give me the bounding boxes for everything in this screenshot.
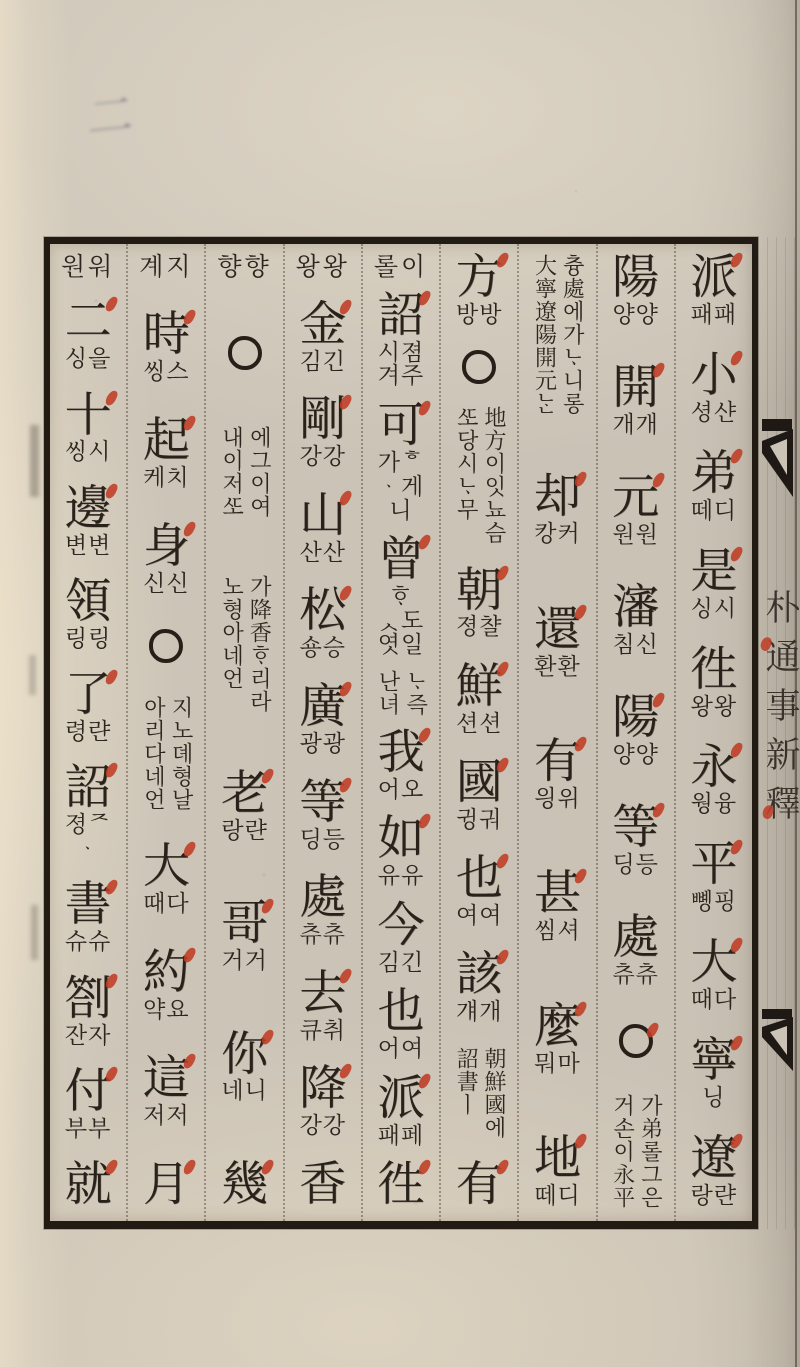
red-tone-mark [645, 1021, 660, 1039]
hangul-pair: 계지 [139, 254, 193, 279]
circle-separator [149, 629, 183, 663]
hangul-gloss: 변변 [65, 535, 112, 559]
hangul-gloss: 걔개 [456, 1001, 503, 1025]
hanja-item: 陽양양 [612, 254, 659, 328]
hangul-gloss-row: 산산 [299, 542, 346, 566]
hanja-item: 也여여 [456, 855, 503, 929]
hangul-gloss: 강강 [299, 446, 346, 470]
hangul-gloss-row: 캉커 [534, 523, 581, 547]
hanja-item: 松숑승 [299, 587, 346, 661]
hanja-char: 邊 [65, 485, 112, 533]
text-column-col-3: 츙處에가ᄂᆞ니롱大寧遼陽開元ᄂᆞᆫ却캉커還환환有읭위甚씸셔麼뭐마地떼디 [517, 244, 595, 1221]
hanja-item: 寧닝 [690, 1037, 737, 1111]
annotation-line-right: 지노뎨형날 [168, 696, 192, 811]
hangul-gloss: 졍챨 [456, 616, 503, 640]
hangul-pair: 원워 [61, 254, 115, 279]
annotation-run: 에그이여내이저ᄯᅩ [219, 426, 271, 518]
hangul-gloss: 산산 [299, 542, 346, 566]
hangul-gloss-row: 숑승 [299, 637, 346, 661]
hanja-char: 十 [65, 392, 112, 440]
hanja-item: 就 [65, 1161, 112, 1209]
hangul-gloss-row: 변변 [65, 535, 112, 559]
hanja-item: 山산산 [299, 492, 346, 566]
print-frame: 派패패小셩샨弟떼디是싱시徃왕왕永웡융平뼹핑大때다寧닝遼랑랸陽양양開개개元원원瀋침… [44, 237, 758, 1229]
scanned-book-page: 二 派패패小셩샨弟떼디是싱시徃왕왕永웡융平뼹핑大때다寧닝遼랑랸陽양양開개개元원원… [0, 0, 800, 1367]
hanja-item: 有 [456, 1161, 503, 1209]
hangul-gloss: 방방 [456, 304, 503, 328]
hanja-item: 今김긴 [378, 902, 425, 976]
circle-separator [462, 350, 496, 384]
hangul-gloss-row: 츄츄 [612, 964, 659, 988]
hanja-item: 平뼹핑 [690, 841, 737, 915]
hanja-item: 陽양양 [612, 694, 659, 768]
hangul-gloss-row: ᆺ도 [378, 610, 425, 634]
circle-separator [619, 1024, 653, 1058]
hangul-gloss-row: 어여 [378, 1038, 425, 1062]
hangul-gloss: 광광 [299, 733, 346, 757]
hangul-gloss: 부부 [65, 1118, 112, 1142]
text-columns: 派패패小셩샨弟떼디是싱시徃왕왕永웡융平뼹핑大때다寧닝遼랑랸陽양양開개개元원원瀋침… [50, 244, 752, 1221]
annotation-line-right: 에그이여 [247, 426, 271, 518]
hangul-gloss: 침신 [612, 634, 659, 658]
annotation-run: 츙處에가ᄂᆞ니롱大寧遼陽開元ᄂᆞᆫ [532, 254, 584, 415]
hangul-gloss: 약요 [143, 999, 190, 1023]
hangul-gloss-row: 원원 [612, 524, 659, 548]
hanja-item: 月 [143, 1161, 190, 1209]
hangul-gloss: 닝 [690, 1087, 737, 1111]
hangul-gloss: 어오 [378, 779, 425, 803]
hanja-item: 邊변변 [65, 485, 112, 559]
hangul-gloss: 큐취 [299, 1020, 346, 1044]
hangul-gloss: 셩샨 [690, 402, 737, 426]
hangul-gloss: 랑랸 [221, 820, 268, 844]
hangul-gloss: 김긴 [299, 351, 346, 375]
hanja-char: 就 [65, 1161, 112, 1209]
annotation-line-left: 詔書ㅣ [453, 1047, 477, 1139]
hangul-gloss-row: 츄츄 [299, 924, 346, 948]
text-column-col-5: 롤이詔시졈겨주可가ᄒᆞ게니曾ᄒᆞᆺ도엿일ᄂᆞ즉난녀我어오如유유今김긴也어여派패페… [361, 244, 439, 1221]
hangul-pair: 왕왕 [296, 254, 350, 279]
hanja-char: 可 [378, 402, 425, 450]
hanja-item: 領링링 [65, 578, 112, 652]
hangul-gloss: 케치 [143, 467, 190, 491]
hangul-gloss: 가ᄒᆞ게니 [378, 452, 425, 524]
hanja-char: 領 [65, 578, 112, 626]
hanja-char: 書 [65, 881, 112, 929]
text-column-col-4: 方방방地方이잇뇨슴ᄯᅩ당시ᄂᆞ무朝졍챨鮮션션國귕궈也여여該걔개朝鮮國에詔書ㅣ有 [439, 244, 517, 1221]
hanja-char: 徃 [690, 646, 737, 694]
hanja-item: 派패페 [378, 1075, 425, 1149]
circle-separator [228, 336, 262, 370]
hangul-gloss: 싱시 [690, 598, 737, 622]
hanja-item: 永웡융 [690, 744, 737, 818]
text-column-col-6: 왕왕金김긴剛강강山산산松숑승廣광광等딩등處츄츄去큐취降강강香 [283, 244, 361, 1221]
hangul-gloss: 캉커 [534, 523, 581, 547]
hangul-gloss: 때다 [690, 989, 737, 1013]
hangul-gloss: 뭐마 [534, 1053, 581, 1077]
annotation-line-left: 거손이永平 [610, 1094, 634, 1209]
fishtail-icon [760, 1009, 794, 1099]
hanja-item: 還환환 [534, 606, 581, 680]
hangul-gloss: 환환 [534, 656, 581, 680]
hangul-gloss-row: 어오 [378, 779, 425, 803]
hangul-gloss: 패패 [690, 304, 737, 328]
hangul-gloss: 딩등 [299, 829, 346, 853]
hanja-char: 處 [612, 914, 659, 962]
text-column-col-1: 派패패小셩샨弟떼디是싱시徃왕왕永웡융平뼹핑大때다寧닝遼랑랸 [674, 244, 752, 1221]
hangul-gloss-row: 강강 [299, 446, 346, 470]
hangul-gloss-row: 개개 [612, 414, 659, 438]
hanja-item: 元원원 [612, 474, 659, 548]
hanja-char: 劄 [65, 975, 112, 1023]
hangul-gloss-row: 저저 [143, 1105, 190, 1129]
hangul-gloss: 거거 [221, 950, 268, 974]
text-column-col-7: 향향에그이여내이저ᄯᅩ가降香ᄒᆞ리라노형아네언老랑랸哥거거你네니幾 [204, 244, 282, 1221]
hanja-item: 香 [299, 1161, 346, 1209]
hanja-item: 去큐취 [299, 970, 346, 1044]
hangul-gloss-row: 랑랸 [221, 820, 268, 844]
hanja-item: 時씽스 [143, 311, 190, 385]
hangul-gloss-row: 패페 [378, 1125, 425, 1149]
hanja-char: 國 [456, 759, 503, 807]
hangul-gloss: 뼹핑 [690, 891, 737, 915]
hangul-gloss-row: 셩샨 [690, 402, 737, 426]
hanja-item: 身신신 [143, 523, 190, 597]
annotation-line-left: 내이저ᄯᅩ [219, 426, 243, 518]
hanja-item: 約약요 [143, 949, 190, 1023]
hangul-gloss: 션션 [456, 713, 503, 737]
hanja-item: 如유유 [378, 815, 425, 889]
hanja-char: 如 [378, 815, 425, 863]
hanja-item: 是싱시 [690, 548, 737, 622]
hangul-gloss-row: 링링 [65, 628, 112, 652]
hanja-item: 等딩등 [299, 779, 346, 853]
hangul-gloss-row: 딩등 [299, 829, 346, 853]
hanja-item: 大때다 [143, 843, 190, 917]
hanja-item: 處츄츄 [612, 914, 659, 988]
hanja-item: 二싱을 [65, 298, 112, 372]
annotation-run: 가降香ᄒᆞ리라노형아네언 [219, 575, 271, 713]
hanja-item: 老랑랸 [221, 770, 268, 844]
hangul-gloss: 신신 [143, 573, 190, 597]
circle-mark [149, 629, 183, 663]
hanja-item: 該걔개 [456, 951, 503, 1025]
text-column-col-8: 계지時씽스起케치身신신지노뎨형날아리다네언大때다約약요這저저月 [126, 244, 204, 1221]
hangul-gloss: 네니 [221, 1080, 268, 1104]
hanja-char: 有 [456, 1161, 503, 1209]
hanja-item: 你네니 [221, 1031, 268, 1105]
hanja-char: 香 [299, 1161, 346, 1209]
hangul-gloss: 웡융 [690, 793, 737, 817]
annotation-line-right: ᄂᆞ즉 [403, 670, 427, 716]
hanja-char: 詔 [378, 292, 425, 340]
hanja-item: 廣광광 [299, 683, 346, 757]
hangul-gloss: 졍ᄌᆞ [65, 814, 112, 862]
hanja-char: 處 [299, 874, 346, 922]
annotation-line-left: 아리다네언 [141, 696, 165, 811]
hangul-gloss-row: ᆞ [65, 838, 112, 862]
hanja-item: 幾 [221, 1161, 268, 1209]
hangul-gloss: 씸셔 [534, 920, 581, 944]
hanja-item: 這저저 [143, 1055, 190, 1129]
hangul-gloss-row: 환환 [534, 656, 581, 680]
hanja-item: 瀋침신 [612, 584, 659, 658]
hangul-gloss-row: 네니 [221, 1080, 268, 1104]
hangul-gloss-row: ᆞ게 [378, 476, 425, 500]
hangul-gloss: 패페 [378, 1125, 425, 1149]
hanja-char: 該 [456, 951, 503, 999]
hanja-item: 開개개 [612, 364, 659, 438]
hangul-gloss-row: 방방 [456, 304, 503, 328]
book-spine-fold: 朴通事新釋 [758, 237, 800, 1229]
hangul-gloss-row: 광광 [299, 733, 346, 757]
hanja-char: 我 [378, 729, 425, 777]
hangul-gloss: 링링 [65, 628, 112, 652]
hangul-gloss-row: 김긴 [299, 351, 346, 375]
hanja-item: 詔졍ᄌᆞ [65, 764, 112, 862]
hangul-gloss-row: 씽시 [65, 441, 112, 465]
hanja-item: 弟떼디 [690, 450, 737, 524]
hanja-item: 徃 [378, 1161, 425, 1209]
hangul-gloss: 씽시 [65, 441, 112, 465]
hangul-gloss: 슈슈 [65, 931, 112, 955]
hangul-gloss: 숑승 [299, 637, 346, 661]
hanja-item: 了령랸 [65, 671, 112, 745]
hanja-item: 甚씸셔 [534, 870, 581, 944]
hangul-gloss: ᄒᆞᆺ도엿일 [378, 586, 425, 658]
hangul-gloss-row: 엿일 [378, 634, 425, 658]
hangul-gloss: 떼디 [534, 1185, 581, 1209]
hangul-gloss: 귕궈 [456, 809, 503, 833]
hangul-gloss: 저저 [143, 1105, 190, 1129]
hangul-gloss-row: 싱을 [65, 348, 112, 372]
hanja-char: 徃 [378, 1161, 425, 1209]
annotation-line-right: 地方이잇뇨슴 [481, 406, 505, 544]
hangul-gloss-row: 양양 [612, 744, 659, 768]
annotation-line-right: 츙處에가ᄂᆞ니롱 [559, 254, 583, 415]
hanja-item: 等딩등 [612, 804, 659, 878]
hangul-gloss-row: 시졈 [378, 342, 425, 366]
hangul-gloss-row: 유유 [378, 865, 425, 889]
hanja-char: 付 [65, 1068, 112, 1116]
hanja-char: 陽 [612, 254, 659, 302]
hangul-gloss: 때다 [143, 893, 190, 917]
hangul-pair: 롤이 [374, 254, 428, 279]
ink-smudge [30, 425, 39, 497]
hangul-gloss: 양양 [612, 744, 659, 768]
hangul-gloss-row: 큐취 [299, 1020, 346, 1044]
hangul-gloss-row: 딩등 [612, 854, 659, 878]
hangul-gloss: 여여 [456, 905, 503, 929]
hanja-item: 曾ᄒᆞᆺ도엿일 [378, 536, 425, 658]
hanja-item: 書슈슈 [65, 881, 112, 955]
annotation-line-right: 가弟롤그은 [638, 1094, 662, 1209]
hangul-gloss: 시졈겨주 [378, 342, 425, 390]
hangul-gloss: 양양 [612, 304, 659, 328]
hangul-gloss-row: 김긴 [378, 952, 425, 976]
hanja-item: 派패패 [690, 254, 737, 328]
hanja-item: 處츄츄 [299, 874, 346, 948]
hanja-char: 詔 [65, 764, 112, 812]
hangul-gloss-row: 강강 [299, 1115, 346, 1139]
hangul-gloss-row: 겨주 [378, 365, 425, 389]
annotation-line-right: 가降香ᄒᆞ리라 [247, 575, 271, 713]
hanja-item: 方방방 [456, 254, 503, 328]
annotation-line-left: 大寧遼陽開元ᄂᆞᆫ [532, 254, 556, 415]
hanja-char: 朝 [456, 567, 503, 615]
hanja-item: 詔시졈겨주 [378, 292, 425, 390]
annotation-line-left: 노형아네언 [219, 575, 243, 713]
hanja-item: 哥거거 [221, 900, 268, 974]
annotation-run: 朝鮮國에詔書ㅣ [453, 1047, 505, 1139]
annotation-run: 地方이잇뇨슴ᄯᅩ당시ᄂᆞ무 [453, 406, 505, 544]
hanja-item: 也어여 [378, 988, 425, 1062]
hangul-gloss-row: 때다 [143, 893, 190, 917]
hanja-item: 付부부 [65, 1068, 112, 1142]
hangul-gloss-row: 떼디 [690, 500, 737, 524]
hangul-gloss-row: 약요 [143, 999, 190, 1023]
hangul-gloss: 떼디 [690, 500, 737, 524]
fishtail-icon [760, 419, 794, 547]
hangul-gloss-row: 신신 [143, 573, 190, 597]
hangul-gloss: 김긴 [378, 952, 425, 976]
hangul-gloss: 딩등 [612, 854, 659, 878]
hanja-item: 却캉커 [534, 473, 581, 547]
hangul-gloss-row: 부부 [65, 1118, 112, 1142]
hangul-gloss-row: 닝 [690, 1087, 737, 1111]
hangul-gloss-row: 싱시 [690, 598, 737, 622]
hanja-char: 鮮 [456, 663, 503, 711]
hangul-gloss-row: 패패 [690, 304, 737, 328]
hangul-gloss-row: 씸셔 [534, 920, 581, 944]
hangul-gloss-row: 졍ᄌ [65, 814, 112, 838]
hangul-gloss: 츄츄 [612, 964, 659, 988]
hangul-gloss: 랑랸 [690, 1185, 737, 1209]
circle-mark [228, 336, 262, 370]
hanja-item: 有읭위 [534, 738, 581, 812]
hanja-item: 降강강 [299, 1065, 346, 1139]
hangul-gloss: 읭위 [534, 788, 581, 812]
hangul-gloss: 어여 [378, 1038, 425, 1062]
circle-mark [462, 350, 496, 384]
hanja-item: 鮮션션 [456, 663, 503, 737]
hangul-gloss-row: 션션 [456, 713, 503, 737]
hangul-gloss-row: 케치 [143, 467, 190, 491]
hangul-pair: 향향 [217, 254, 271, 279]
hangul-gloss-row: 웡융 [690, 793, 737, 817]
hanja-char: 二 [65, 298, 112, 346]
hanja-item: 朝졍챨 [456, 567, 503, 641]
hanja-char: 瀋 [612, 584, 659, 632]
hangul-gloss: 령랸 [65, 721, 112, 745]
hangul-gloss: 왕왕 [690, 696, 737, 720]
hangul-gloss-row: 귕궈 [456, 809, 503, 833]
hangul-gloss-row: 거거 [221, 950, 268, 974]
text-column-col-2: 陽양양開개개元원원瀋침신陽양양等딩등處츄츄가弟롤그은거손이永平 [596, 244, 674, 1221]
hanja-char: 今 [378, 902, 425, 950]
hangul-gloss-row: 니 [378, 500, 425, 524]
hangul-gloss-row: 졍챨 [456, 616, 503, 640]
hanja-item: 起케치 [143, 417, 190, 491]
hangul-gloss-row: 떼디 [534, 1185, 581, 1209]
spine-title: 朴通事新釋 [762, 589, 797, 834]
hanja-char: 了 [65, 671, 112, 719]
hanja-item: 小셩샨 [690, 352, 737, 426]
hanja-item: 十씽시 [65, 392, 112, 466]
hangul-gloss: 개개 [612, 414, 659, 438]
hanja-char: 派 [378, 1075, 425, 1123]
hanja-char: 也 [456, 855, 503, 903]
hangul-gloss-row: 랑랸 [690, 1185, 737, 1209]
hangul-gloss: 원원 [612, 524, 659, 548]
hangul-gloss: 잔자 [65, 1025, 112, 1049]
hangul-gloss-row: 령랸 [65, 721, 112, 745]
hangul-gloss-row: 잔자 [65, 1025, 112, 1049]
text-column-col-9: 원워二싱을十씽시邊변변領링링了령랸詔졍ᄌᆞ書슈슈劄잔자付부부就 [50, 244, 126, 1221]
handwritten-margin-mark: 二 [87, 77, 135, 148]
hangul-gloss-row: 읭위 [534, 788, 581, 812]
hangul-gloss-row: 여여 [456, 905, 503, 929]
hangul-gloss: 싱을 [65, 348, 112, 372]
hangul-gloss-row: 씽스 [143, 361, 190, 385]
hanja-item: 國귕궈 [456, 759, 503, 833]
hangul-gloss-row: 가ᄒ [378, 452, 425, 476]
hanja-item: 可가ᄒᆞ게니 [378, 402, 425, 524]
annotation-run: ᄂᆞ즉난녀 [375, 670, 427, 716]
hangul-gloss: 유유 [378, 865, 425, 889]
ink-smudge [31, 905, 38, 960]
annotation-line-right: 朝鮮國에 [481, 1047, 505, 1139]
hanja-item: 徃왕왕 [690, 646, 737, 720]
annotation-line-left: 난녀 [375, 670, 399, 716]
hanja-char: 方 [456, 254, 503, 302]
hanja-item: 地떼디 [534, 1135, 581, 1209]
hangul-gloss: 츄츄 [299, 924, 346, 948]
hanja-char: 也 [378, 988, 425, 1036]
hanja-item: 金김긴 [299, 301, 346, 375]
hangul-gloss: 강강 [299, 1115, 346, 1139]
hanja-char: 曾 [378, 536, 425, 584]
ink-smudge [29, 655, 36, 695]
annotation-run: 가弟롤그은거손이永平 [610, 1094, 662, 1209]
hangul-gloss-row: 양양 [612, 304, 659, 328]
hangul-gloss: 씽스 [143, 361, 190, 385]
hangul-gloss-row: 때다 [690, 989, 737, 1013]
page-edge-line [795, 0, 797, 1367]
hanja-item: 劄잔자 [65, 975, 112, 1049]
hanja-item: 我어오 [378, 729, 425, 803]
hangul-gloss-row: 침신 [612, 634, 659, 658]
hanja-item: 遼랑랸 [690, 1135, 737, 1209]
hangul-gloss-row: 왕왕 [690, 696, 737, 720]
hangul-gloss-row: 뭐마 [534, 1053, 581, 1077]
annotation-run: 지노뎨형날아리다네언 [141, 696, 193, 811]
hangul-gloss-row: 뼹핑 [690, 891, 737, 915]
hanja-item: 麼뭐마 [534, 1003, 581, 1077]
hangul-gloss-row: ᄒᆞ [378, 586, 425, 610]
annotation-line-left: ᄯᅩ당시ᄂᆞ무 [453, 406, 477, 544]
hanja-item: 剛강강 [299, 396, 346, 470]
hangul-gloss-row: 걔개 [456, 1001, 503, 1025]
hangul-gloss-row: 슈슈 [65, 931, 112, 955]
hanja-item: 大때다 [690, 939, 737, 1013]
